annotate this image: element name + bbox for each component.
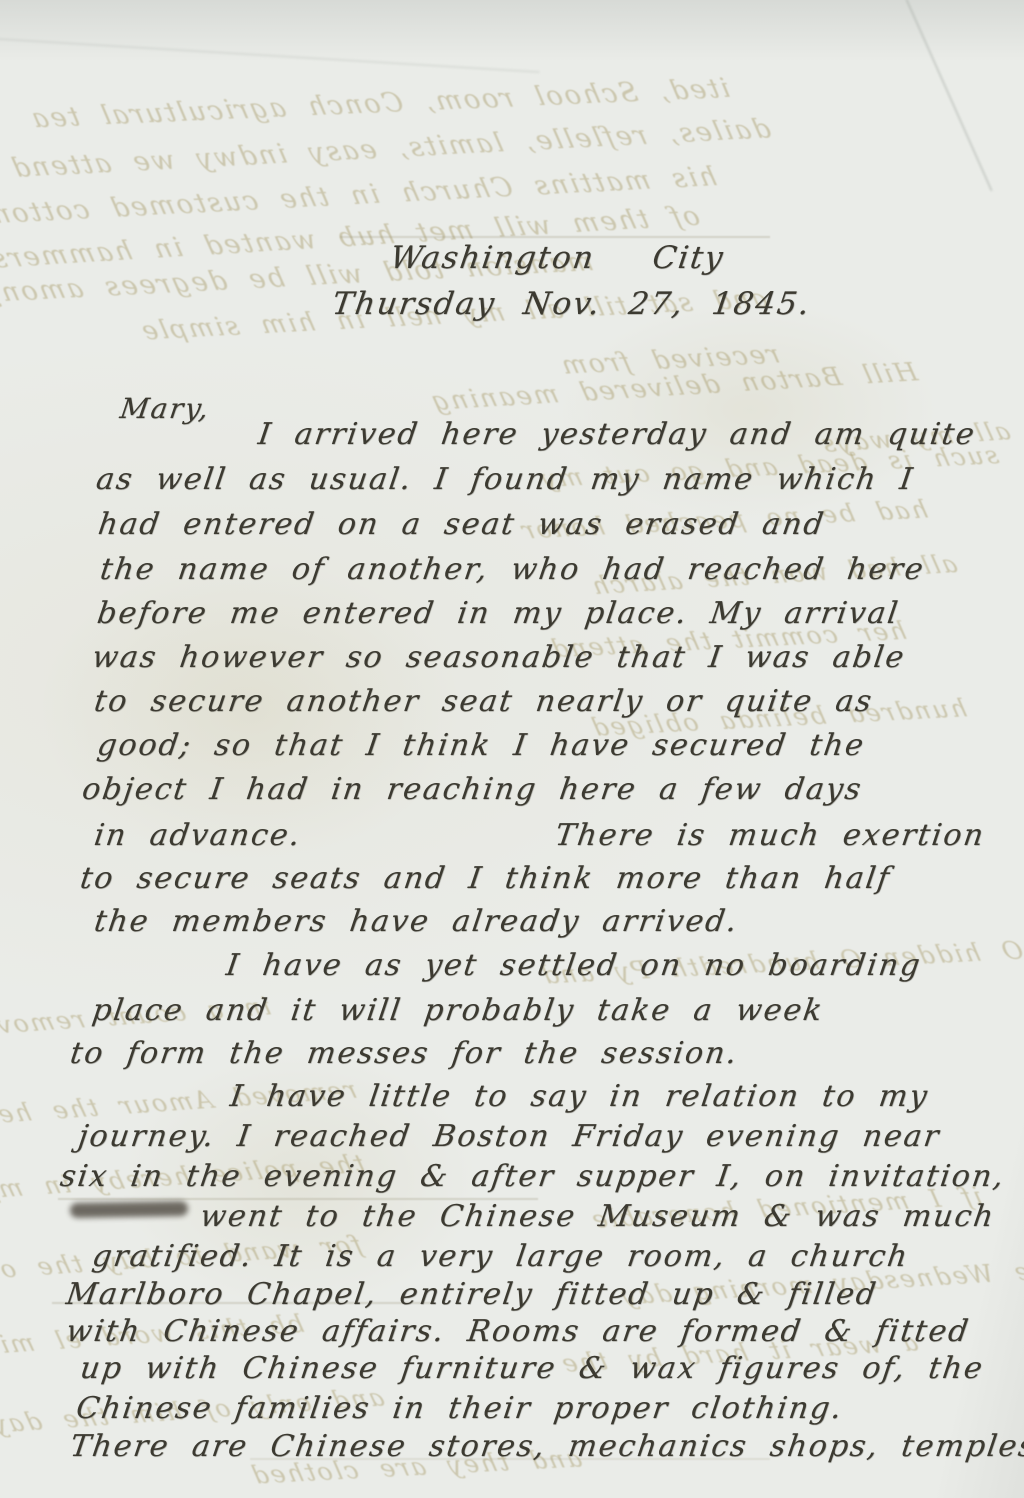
letter-line: object I had in reaching here a few days	[80, 772, 865, 807]
letter-line: in advance.	[92, 818, 304, 853]
letter-line: six in the evening & after supper I, on …	[58, 1159, 1007, 1194]
ink-smudge-strikethrough	[70, 1201, 188, 1218]
letter-line: good; so that I think I have secured the	[95, 728, 867, 763]
letter-salutation: Mary,	[118, 392, 212, 425]
letter-line: to form the messes for the session.	[68, 1036, 741, 1071]
letter-line: I have little to say in relation to my	[228, 1079, 931, 1114]
letter-line: There are Chinese stores, mechanics shop…	[68, 1429, 1024, 1464]
letter-line: up with Chinese furniture & wax figures …	[78, 1351, 986, 1386]
showthrough-rule-line	[340, 236, 770, 238]
letter-line: place and it will probably take a week	[90, 993, 826, 1028]
paper-crease-top	[0, 37, 540, 73]
letter-line: went to the Chinese Museum & was much	[198, 1199, 997, 1234]
letter-line: to secure another seat nearly or quite a…	[92, 684, 875, 719]
letter-line: the name of another, who had reached her…	[98, 552, 927, 587]
letter-place-line: Washington City	[388, 240, 727, 276]
paper-crease-diagonal	[905, 0, 992, 191]
letter-page: ited, School room, Conch agricultural te…	[0, 0, 1024, 1498]
letter-line: Chinese families in their proper clothin…	[74, 1391, 845, 1426]
letter-line: the members have already arrived.	[92, 904, 741, 939]
letter-line: There is much exertion	[553, 818, 987, 853]
letter-line: journey. I reached Boston Friday evening…	[76, 1119, 943, 1154]
letter-line: I arrived here yesterday and am quite	[256, 417, 978, 452]
letter-line: Marlboro Chapel, entirely fitted up & fi…	[64, 1277, 880, 1312]
letter-line: as well as usual. I found my name which …	[94, 462, 916, 497]
letter-line: to secure seats and I think more than ha…	[78, 861, 893, 896]
letter-line: I have as yet settled on no boarding	[224, 948, 924, 983]
letter-line: was however so seasonable that I was abl…	[90, 640, 908, 675]
letter-date-line: Thursday Nov. 27, 1845.	[330, 286, 813, 322]
letter-line: with Chinese affairs. Rooms are formed &…	[64, 1314, 972, 1349]
letter-line: before me entered in my place. My arriva…	[95, 596, 902, 631]
letter-line: had entered on a seat was erased and	[96, 507, 827, 542]
letter-line: gratified. It is a very large room, a ch…	[90, 1239, 911, 1274]
